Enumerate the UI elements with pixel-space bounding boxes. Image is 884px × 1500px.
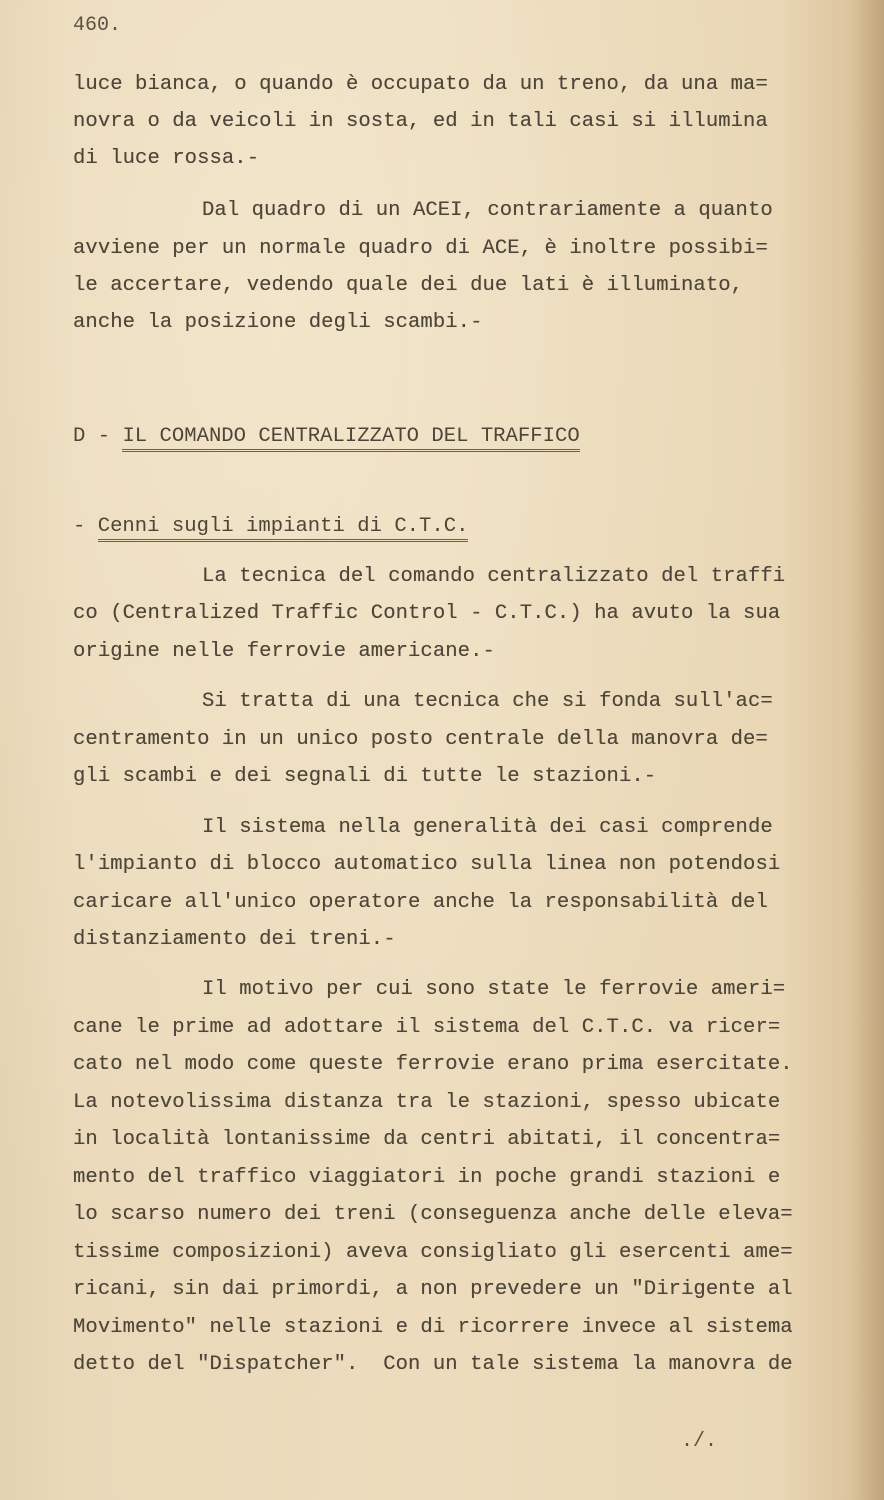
text-line: ricani, sin dai primordi, a non preveder…	[73, 1278, 793, 1302]
text-line: La notevolissima distanza tra le stazion…	[73, 1091, 780, 1115]
text-line: di luce rossa.-	[73, 147, 259, 171]
text-line: Il motivo per cui sono state le ferrovie…	[202, 978, 785, 1002]
subsection-heading: - Cenni sugli impianti di C.T.C.	[73, 515, 468, 539]
section-heading-title: IL COMANDO CENTRALIZZATO DEL TRAFFICO	[122, 425, 579, 452]
text-line: origine nelle ferrovie americane.-	[73, 640, 495, 664]
text-line: La tecnica del comando centralizzato del…	[202, 565, 785, 589]
text-line: caricare all'unico operatore anche la re…	[73, 891, 768, 915]
text-line: mento del traffico viaggiatori in poche …	[73, 1166, 780, 1190]
subsection-heading-prefix: -	[73, 515, 98, 538]
text-line: le accertare, vedendo quale dei due lati…	[73, 274, 743, 298]
text-line: cato nel modo come queste ferrovie erano…	[73, 1053, 793, 1077]
text-line: Dal quadro di un ACEI, contrariamente a …	[202, 199, 773, 223]
text-line: luce bianca, o quando è occupato da un t…	[73, 73, 768, 97]
section-heading: D - IL COMANDO CENTRALIZZATO DEL TRAFFIC…	[73, 425, 580, 449]
text-line: in località lontanissime da centri abita…	[73, 1128, 780, 1152]
text-line: novra o da veicoli in sosta, ed in tali …	[73, 110, 768, 134]
text-line: l'impianto di blocco automatico sulla li…	[73, 853, 780, 877]
text-line: co (Centralized Traffic Control - C.T.C.…	[73, 602, 780, 626]
subsection-heading-title: Cenni sugli impianti di C.T.C.	[98, 515, 469, 542]
text-line: avviene per un normale quadro di ACE, è …	[73, 237, 768, 261]
paper-edge-shadow	[854, 0, 884, 1500]
page-number: 460.	[73, 14, 121, 38]
continuation-mark: ./.	[681, 1430, 717, 1454]
typewritten-page: 460. luce bianca, o quando è occupato da…	[0, 0, 884, 1500]
text-line: lo scarso numero dei treni (conseguenza …	[73, 1203, 793, 1227]
section-heading-prefix: D -	[73, 425, 122, 448]
text-line: Il sistema nella generalità dei casi com…	[202, 816, 773, 840]
text-line: distanziamento dei treni.-	[73, 928, 396, 952]
text-line: anche la posizione degli scambi.-	[73, 311, 482, 335]
text-line: Si tratta di una tecnica che si fonda su…	[202, 690, 773, 714]
text-line: centramento in un unico posto centrale d…	[73, 728, 768, 752]
text-line: gli scambi e dei segnali di tutte le sta…	[73, 765, 656, 789]
text-line: tissime composizioni) aveva consigliato …	[73, 1241, 793, 1265]
text-line: cane le prime ad adottare il sistema del…	[73, 1016, 780, 1040]
text-line: Movimento" nelle stazioni e di ricorrere…	[73, 1316, 793, 1340]
text-line: detto del "Dispatcher". Con un tale sist…	[73, 1353, 793, 1377]
